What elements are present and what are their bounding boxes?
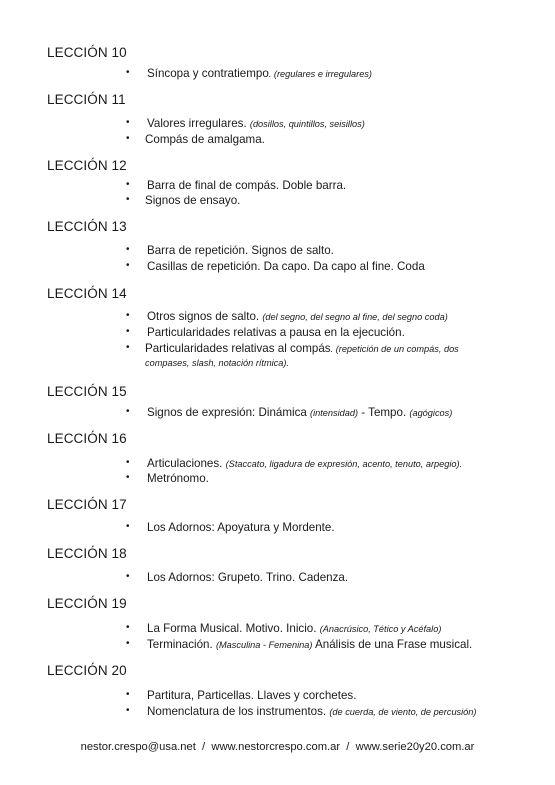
bullet-icon: • [126, 521, 130, 532]
bullet-icon: • [126, 705, 130, 716]
footer-email-link[interactable]: nestor.crespo@usa.net [81, 741, 196, 753]
item-text: Los Adornos: Grupeto. Trino. Cadenza. [147, 571, 348, 584]
bullet-icon: • [126, 244, 130, 255]
lesson-heading: LECCIÓN 13 [47, 219, 127, 234]
item-text: Particularidades relativas al compás [145, 342, 331, 355]
item-text: Particularidades relativas a pausa en la… [147, 326, 405, 339]
item-text-2: - Tempo. [358, 406, 409, 419]
item-text-2: Análisis de una Frase musical. [312, 638, 472, 651]
item-text: Síncopa y contratiempo [147, 67, 269, 80]
bullet-icon: • [126, 638, 130, 649]
item-text: Barra de final de compás. Doble barra. [147, 179, 346, 192]
bullet-icon: • [126, 457, 130, 468]
bullet-icon: • [126, 326, 130, 337]
item-note-continuation: compases, slash, notación rítmica). [145, 358, 289, 368]
lesson-heading: LECCIÓN 10 [47, 45, 127, 60]
footer-separator: / [340, 741, 356, 753]
item-text: Los Adornos: Apoyatura y Mordente. [147, 521, 335, 534]
document-page: LECCIÓN 10 • Síncopa y contratiempo. (re… [0, 0, 555, 785]
item-note: (dosillos, quintillos, seisillos) [250, 119, 365, 129]
item-note-2: (agógicos) [409, 408, 452, 418]
lesson-heading: LECCIÓN 15 [47, 384, 127, 399]
footer-contact: nestor.crespo@usa.net / www.nestorcrespo… [0, 741, 555, 753]
footer-site1-link[interactable]: www.nestorcrespo.com.ar [211, 741, 340, 753]
item-text: Metrónomo. [147, 472, 209, 485]
lesson-heading: LECCIÓN 11 [47, 92, 126, 107]
bullet-icon: • [126, 310, 130, 321]
item-note: (Staccato, ligadura de expresión, acento… [226, 459, 462, 469]
bullet-icon: • [126, 406, 130, 417]
bullet-icon: • [126, 133, 130, 144]
lesson-heading: LECCIÓN 16 [47, 431, 127, 446]
item-note: . (regulares e irregulares) [269, 69, 372, 79]
bullet-icon: • [126, 472, 130, 483]
item-text: Nomenclatura de los instrumentos. [147, 705, 329, 718]
item-note: . (repetición de un compás, dos [331, 344, 459, 354]
item-text: Terminación. [147, 638, 216, 651]
item-text: Articulaciones. [147, 457, 226, 470]
bullet-icon: • [126, 571, 130, 582]
lesson-heading: LECCIÓN 17 [47, 497, 127, 512]
item-text: La Forma Musical. Motivo. Inicio. [147, 622, 320, 635]
item-text: Partitura, Particellas. Llaves y corchet… [147, 689, 356, 702]
item-text: Signos de expresión: Dinámica [147, 406, 310, 419]
bullet-icon: • [126, 622, 130, 633]
item-note: (de cuerda, de viento, de percusión) [329, 707, 476, 717]
bullet-icon: • [126, 342, 130, 353]
item-note: (intensidad) [310, 408, 358, 418]
item-note: (Anacrúsico, Tético y Acéfalo) [320, 624, 442, 634]
bullet-icon: • [126, 67, 130, 78]
bullet-icon: • [126, 179, 130, 190]
item-text: Valores irregulares. [147, 117, 250, 130]
item-text: Otros signos de salto. [147, 310, 262, 323]
bullet-icon: • [126, 194, 130, 205]
item-text: Casillas de repetición. Da capo. Da capo… [147, 260, 425, 273]
bullet-icon: • [126, 117, 130, 128]
footer-site2-link[interactable]: www.serie20y20.com.ar [356, 741, 475, 753]
lesson-heading: LECCIÓN 19 [47, 596, 127, 611]
item-note: (Masculina - Femenina) [216, 640, 313, 650]
lesson-heading: LECCIÓN 20 [47, 663, 127, 678]
bullet-icon: • [126, 260, 130, 271]
bullet-icon: • [126, 689, 130, 700]
item-note: (del segno, del segno al fine, del segno… [262, 312, 447, 322]
item-text: Barra de repetición. Signos de salto. [147, 244, 334, 257]
lesson-heading: LECCIÓN 14 [47, 286, 127, 301]
item-text: Compás de amalgama. [145, 133, 265, 146]
lesson-heading: LECCIÓN 18 [47, 546, 127, 561]
footer-separator: / [196, 741, 212, 753]
lesson-heading: LECCIÓN 12 [47, 158, 127, 173]
item-text: Signos de ensayo. [145, 194, 240, 207]
